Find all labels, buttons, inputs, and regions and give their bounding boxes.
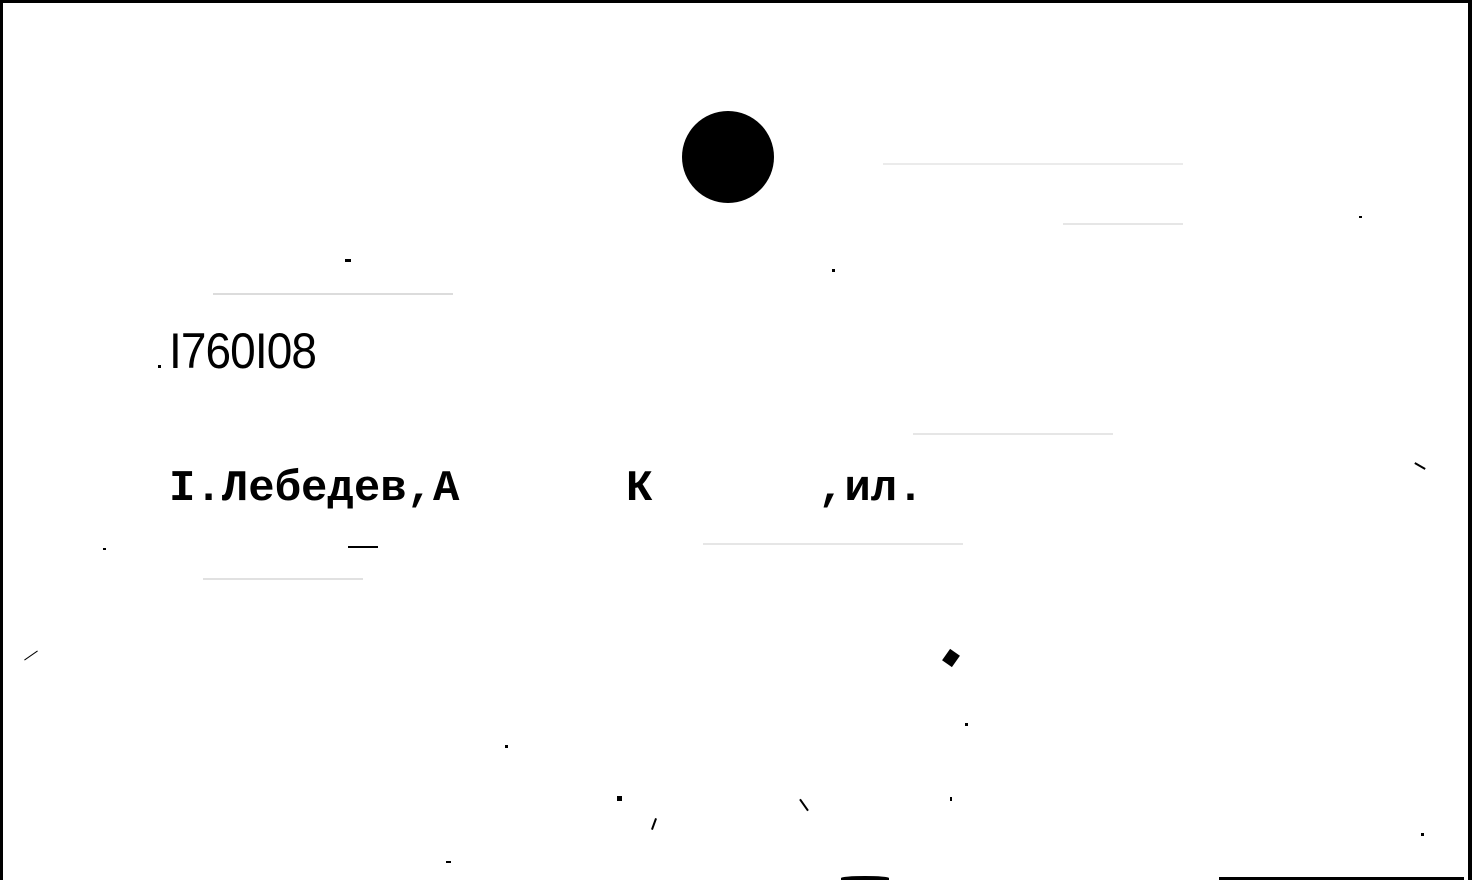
scan-speck xyxy=(1414,462,1425,470)
scan-noise xyxy=(883,163,1183,165)
scan-speck xyxy=(505,745,508,748)
scan-speck xyxy=(651,818,657,830)
scan-noise xyxy=(1063,223,1183,225)
scan-speck xyxy=(348,546,378,548)
scan-speck xyxy=(345,259,351,262)
entry-suffix: ,ил. xyxy=(818,461,924,517)
scan-noise xyxy=(203,578,363,580)
scan-speck xyxy=(841,876,889,880)
scan-speck xyxy=(446,861,451,863)
scan-speck xyxy=(1421,833,1424,836)
scan-noise xyxy=(703,543,963,545)
scan-speck xyxy=(950,797,952,801)
scan-speck xyxy=(158,365,161,368)
scan-noise xyxy=(913,433,1113,435)
scan-speck xyxy=(617,796,622,801)
scan-speck xyxy=(103,548,106,550)
scan-speck xyxy=(965,723,968,726)
call-number: I760I08 xyxy=(169,321,316,381)
scan-speck xyxy=(24,651,38,661)
scan-noise xyxy=(213,293,453,295)
scan-speck xyxy=(942,649,960,667)
scan-speck xyxy=(832,269,835,272)
entry-author: I.Лебедев,А xyxy=(169,461,459,517)
punch-hole xyxy=(682,111,774,203)
scan-speck xyxy=(799,799,809,812)
catalog-card: I760I08 I.Лебедев,А К ,ил. xyxy=(0,0,1472,880)
entry-initial: К xyxy=(626,461,652,517)
scan-speck xyxy=(1359,216,1362,218)
